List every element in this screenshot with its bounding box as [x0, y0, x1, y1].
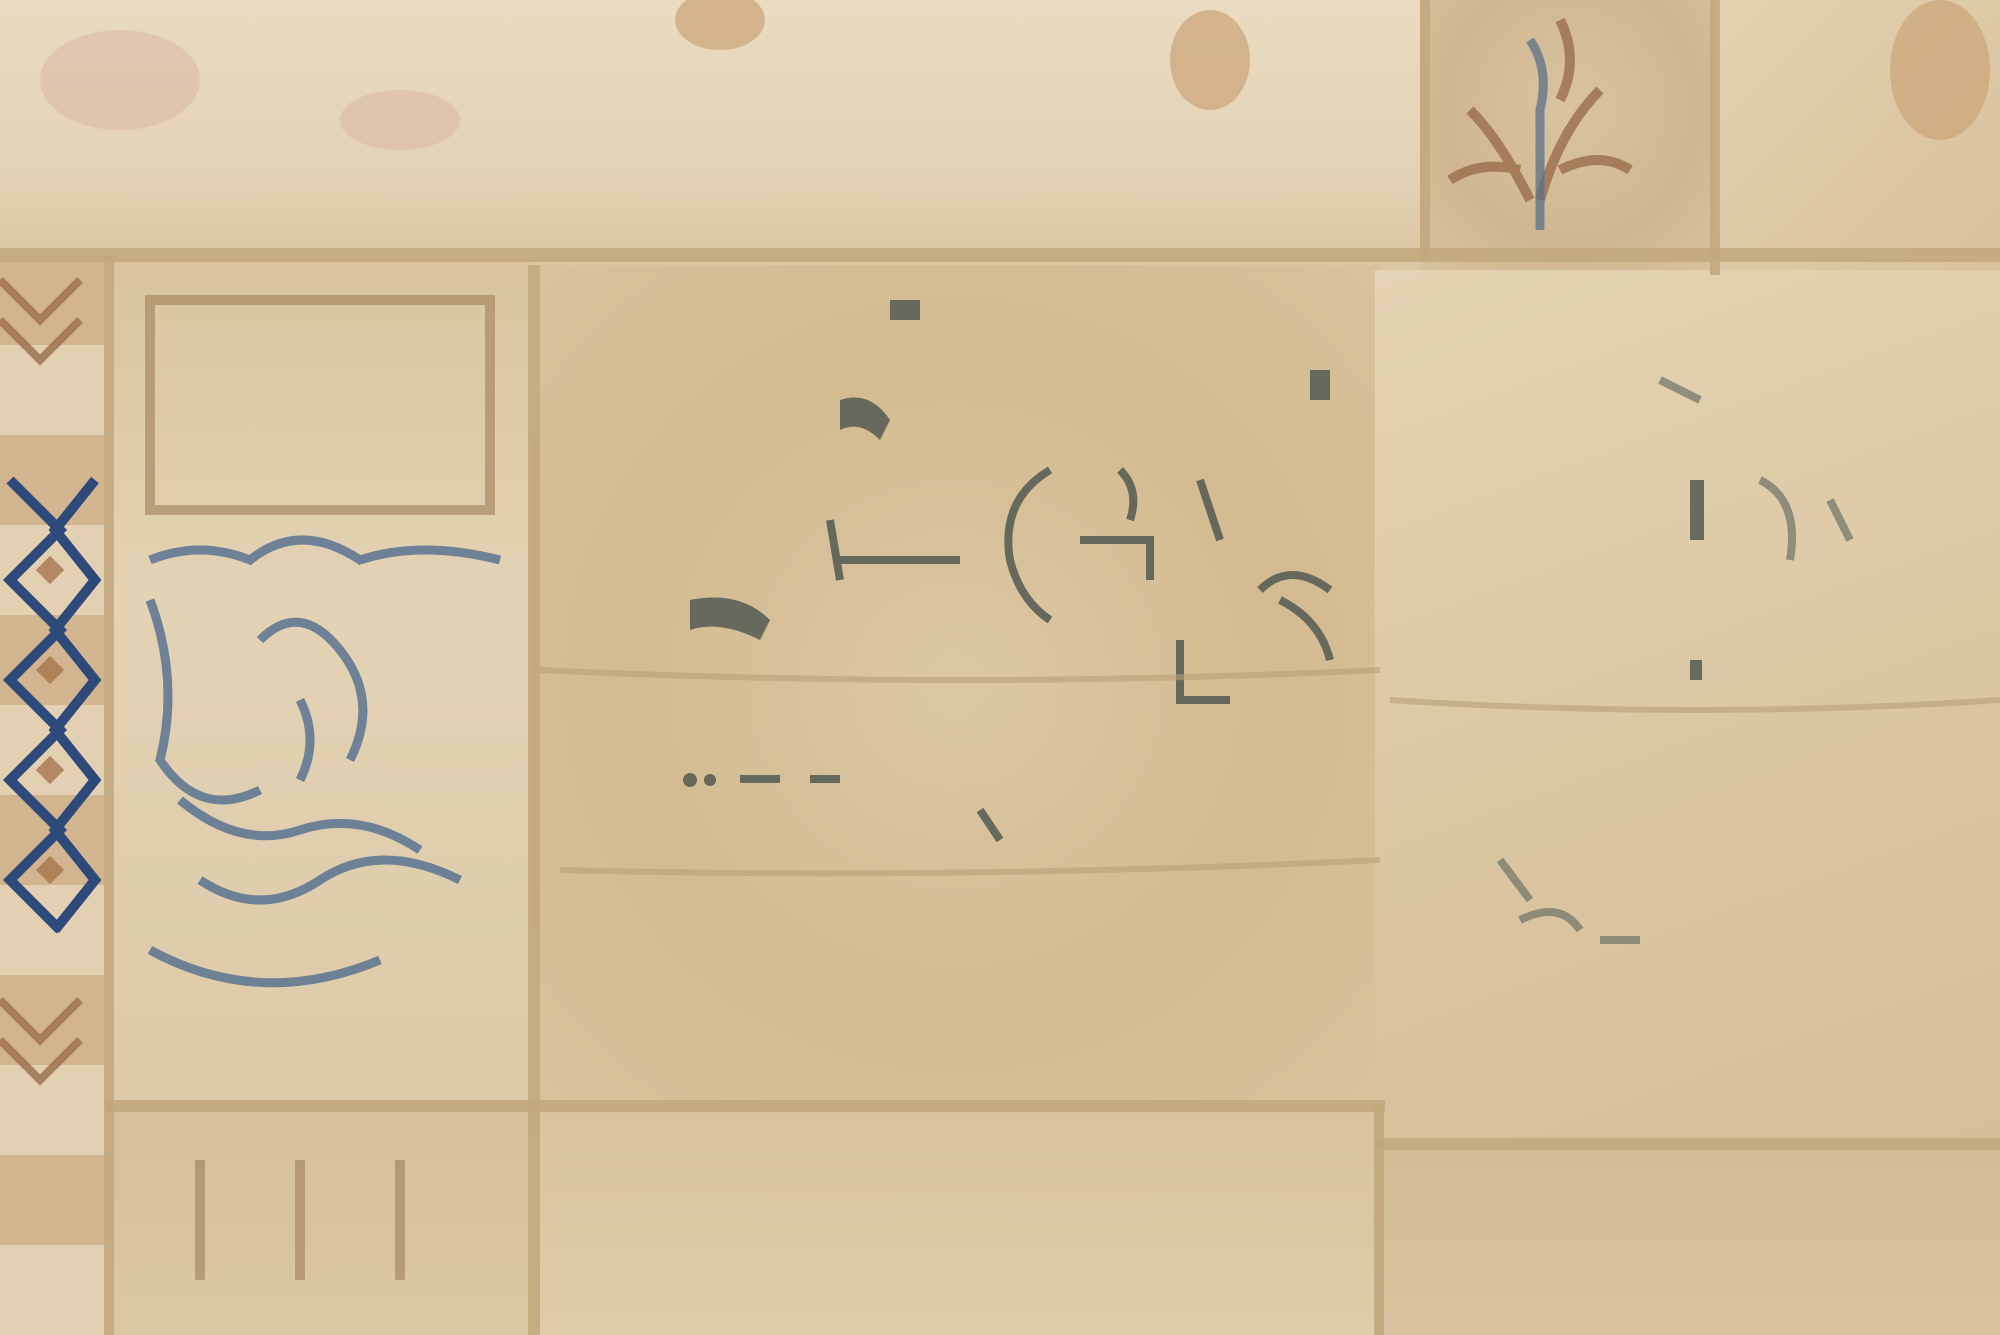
patchwork-rug-photo: [0, 0, 2000, 1335]
blue-medallion-motif: [150, 540, 500, 983]
rug-motifs: [0, 0, 2000, 1335]
